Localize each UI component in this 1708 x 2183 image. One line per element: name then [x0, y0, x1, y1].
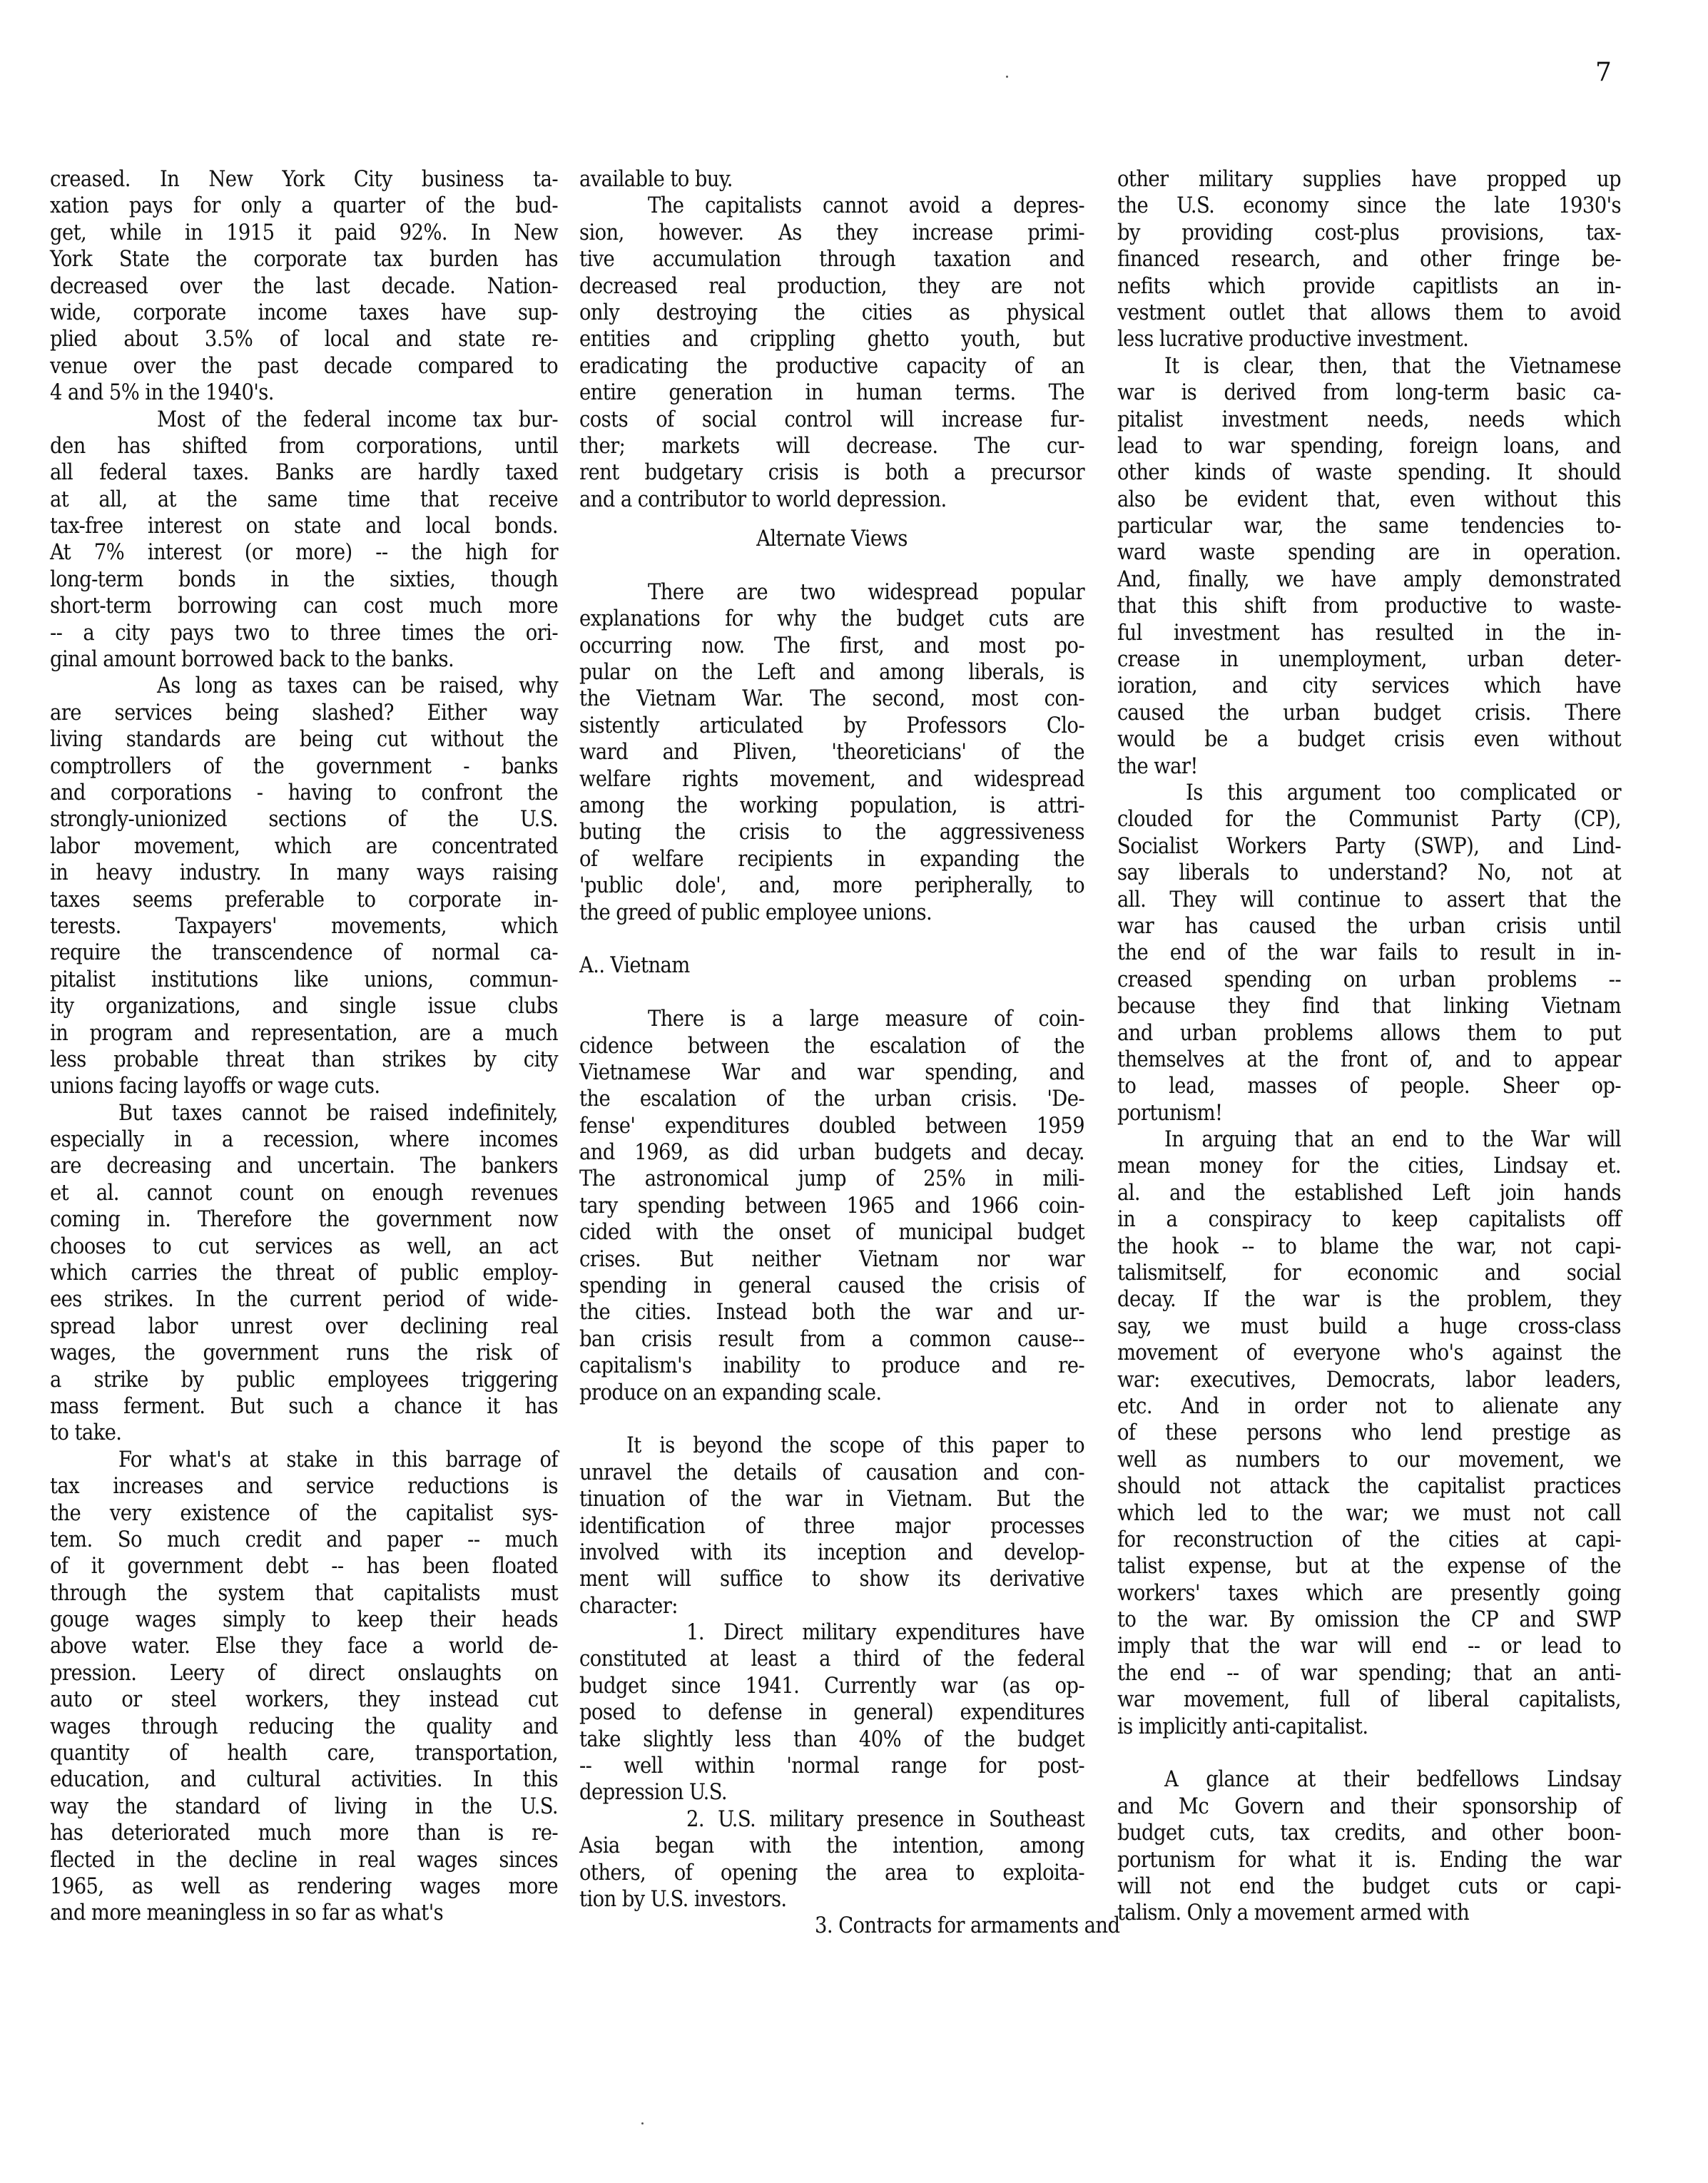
text-line: Most of the federal income tax bur-: [50, 407, 558, 433]
text-line: in a conspiracy to keep capitalists off: [1117, 1206, 1621, 1233]
text-line: tinuation of the war in Vietnam. But the: [579, 1486, 1084, 1512]
text-line: But taxes cannot be raised indefinitely,: [50, 1100, 558, 1126]
text-line: ward and Pliven, 'theoreticians' of the: [579, 739, 1084, 765]
text-line: crease in unemployment, urban deter-: [1117, 646, 1621, 673]
text-line: As long as taxes can be raised, why: [50, 673, 558, 699]
text-line: and urban problems allows them to put: [1117, 1020, 1621, 1047]
text-line: There are two widespread popular: [579, 579, 1084, 606]
text-line: creased spending on urban problems --: [1117, 967, 1621, 993]
text-line: cided with the onset of municipal budget: [579, 1219, 1084, 1246]
text-line: Socialist Workers Party (SWP), and Lind-: [1117, 833, 1621, 860]
text-line: which led to the war; we must not call: [1117, 1500, 1621, 1527]
paragraph: Is this argument too complicated orcloud…: [1117, 780, 1621, 1126]
text-line: and Mc Govern and their sponsorship of: [1117, 1793, 1621, 1820]
text-line: A glance at their bedfellows Lindsay: [1117, 1766, 1621, 1793]
text-line: And, finally, we have amply demonstrated: [1117, 566, 1621, 593]
text-line: York State the corporate tax burden has: [50, 246, 558, 273]
text-line: venue over the past decade compared to: [50, 353, 558, 380]
text-line: war: executives, Democrats, labor leader…: [1117, 1367, 1621, 1393]
text-line: 4 and 5% in the 1940's.: [50, 380, 558, 406]
text-line: require the transcendence of normal ca-: [50, 940, 558, 966]
text-line: rent budgetary crisis is both a precurso…: [579, 459, 1084, 486]
text-line: to lead, masses of people. Sheer op-: [1117, 1073, 1621, 1099]
text-line: xation pays for only a quarter of the bu…: [50, 193, 558, 219]
text-line: wages, the government runs the risk of: [50, 1340, 558, 1366]
spacer: [1117, 1740, 1621, 1766]
text-line: budget cuts, tax credits, and other boon…: [1117, 1820, 1621, 1846]
text-line: entire generation in human terms. The: [579, 380, 1084, 406]
text-line: chooses to cut services as well, an act: [50, 1233, 558, 1260]
text-line: the very existence of the capitalist sys…: [50, 1500, 558, 1527]
text-line: constituted at least a third of the fede…: [579, 1646, 1084, 1672]
text-line: wages through reducing the quality and: [50, 1714, 558, 1740]
list-item: 1. Direct military expenditures havecons…: [579, 1619, 1084, 1806]
text-line: and a contributor to world depression.: [579, 487, 1084, 513]
text-line: budget since 1941. Currently war (as op-: [579, 1673, 1084, 1699]
text-line: entities and crippling ghetto youth, but: [579, 326, 1084, 352]
text-line: clouded for the Communist Party (CP),: [1117, 806, 1621, 833]
text-line: way the standard of living in the U.S.: [50, 1793, 558, 1820]
text-line: above water. Else they face a world de-: [50, 1633, 558, 1659]
text-line: caused the urban budget crisis. There: [1117, 700, 1621, 726]
column-right: other military supplies have propped upt…: [1117, 166, 1621, 1927]
paragraph: A glance at their bedfellows Lindsayand …: [1117, 1766, 1621, 1926]
spacer: [579, 1406, 1084, 1433]
text-line: and 1969, as did urban budgets and decay…: [579, 1139, 1084, 1166]
text-line: labor movement, which are concentrated: [50, 833, 558, 860]
text-line: financed research, and other fringe be-: [1117, 246, 1621, 273]
text-line: the end -- of war spending; that an anti…: [1117, 1660, 1621, 1686]
text-line: also be evident that, even without this: [1117, 487, 1621, 513]
text-line: In arguing that an end to the War will: [1117, 1126, 1621, 1153]
text-line: movement of everyone who's against the: [1117, 1340, 1621, 1366]
text-line: decreased real production, they are not: [579, 273, 1084, 300]
text-line: Asia began with the intention, among: [579, 1833, 1084, 1859]
text-line: tax-free interest on state and local bon…: [50, 513, 558, 539]
text-line: are services being slashed? Either way: [50, 700, 558, 726]
text-line: other kinds of waste spending. It should: [1117, 459, 1621, 486]
text-line: ity organizations, and single issue club…: [50, 993, 558, 1019]
text-line: the greed of public employee unions.: [579, 900, 1084, 926]
text-line: plied about 3.5% of local and state re-: [50, 326, 558, 352]
text-line: occurring now. The first, and most po-: [579, 633, 1084, 659]
text-line: auto or steel workers, they instead cut: [50, 1686, 558, 1713]
spacer: [579, 979, 1084, 1006]
text-line: lead to war spending, foreign loans, and: [1117, 433, 1621, 459]
paragraph: There is a large measure of coin-cidence…: [579, 1006, 1084, 1406]
text-line: particular war, the same tendencies to-: [1117, 513, 1621, 539]
text-line: tax increases and service reductions is: [50, 1473, 558, 1500]
text-line: portunism!: [1117, 1100, 1621, 1126]
text-line: ioration, and city services which have: [1117, 673, 1621, 699]
text-line: -- a city pays two to three times the or…: [50, 620, 558, 646]
text-line: crises. But neither Vietnam nor war: [579, 1246, 1084, 1273]
text-line: available to buy.: [579, 166, 1084, 193]
text-line: through the system that capitalists must: [50, 1580, 558, 1607]
text-line: sistently articulated by Professors Clo-: [579, 713, 1084, 739]
text-line: The astronomical jump of 25% in mili-: [579, 1166, 1084, 1192]
text-line: of these persons who lend prestige as: [1117, 1420, 1621, 1446]
text-line: tive accumulation through taxation and: [579, 246, 1084, 273]
text-line: less lucrative productive investment.: [1117, 326, 1621, 352]
text-line: war has caused the urban crisis until: [1117, 913, 1621, 940]
spacer: [579, 926, 1084, 952]
scan-speck: [1006, 76, 1008, 78]
text-line: etc. And in order not to alienate any: [1117, 1393, 1621, 1420]
text-line: 'public dole', and, more peripherally, t…: [579, 872, 1084, 899]
text-line: has deteriorated much more than is re-: [50, 1820, 558, 1846]
paragraph: available to buy.: [579, 166, 1084, 193]
text-line: There is a large measure of coin-: [579, 1006, 1084, 1032]
text-line: welfare rights movement, and widespread: [579, 766, 1084, 793]
text-line: at all, at the same time that receive: [50, 487, 558, 513]
text-line: short-term borrowing can cost much more: [50, 593, 558, 619]
spacer: [579, 513, 1084, 526]
text-line: ward waste spending are in operation.: [1117, 539, 1621, 566]
text-line: pitalist institutions like unions, commu…: [50, 967, 558, 993]
text-line: tem. So much credit and paper -- much: [50, 1527, 558, 1553]
list-item: 2. U.S. military presence in SoutheastAs…: [579, 1806, 1084, 1913]
text-line: by providing cost-plus provisions, tax-: [1117, 220, 1621, 246]
text-line: war is derived from long-term basic ca-: [1117, 380, 1621, 406]
text-line: produce on an expanding scale.: [579, 1380, 1084, 1406]
text-line: talism. Only a movement armed with: [1117, 1900, 1621, 1926]
text-line: mean money for the cities, Lindsay et.: [1117, 1153, 1621, 1179]
text-line: for reconstruction of the cities at capi…: [1117, 1527, 1621, 1553]
text-line: It is beyond the scope of this paper to: [579, 1433, 1084, 1459]
text-line: other military supplies have propped up: [1117, 166, 1621, 193]
paragraph: creased. In New York City business ta-xa…: [50, 166, 558, 407]
text-line: ginal amount borrowed back to the banks.: [50, 646, 558, 673]
text-line: cidence between the escalation of the: [579, 1033, 1084, 1059]
text-line: tion by U.S. investors.: [579, 1886, 1084, 1913]
text-line: flected in the decline in real wages sin…: [50, 1847, 558, 1873]
text-line: unions facing layoffs or wage cuts.: [50, 1073, 558, 1099]
text-line: the war!: [1117, 753, 1621, 780]
column-middle: available to buy. The capitalists cannot…: [579, 166, 1084, 1940]
paragraph: The capitalists cannot avoid a depres-si…: [579, 193, 1084, 513]
text-line: ther; markets will decrease. The cur-: [579, 433, 1084, 459]
text-line: et al. cannot count on enough revenues: [50, 1180, 558, 1206]
paragraph: It is beyond the scope of this paper tou…: [579, 1433, 1084, 1619]
text-line: eradicating the productive capacity of a…: [579, 353, 1084, 380]
text-line: buting the crisis to the aggressiveness: [579, 819, 1084, 845]
text-line: others, of opening the area to exploita-: [579, 1860, 1084, 1886]
text-line: only destroying the cities as physical: [579, 300, 1084, 326]
text-line: quantity of health care, transportation,: [50, 1740, 558, 1766]
text-line: the escalation of the urban crisis. 'De-: [579, 1086, 1084, 1112]
text-line: the cities. Instead both the war and ur-: [579, 1299, 1084, 1325]
text-line: pular on the Left and among liberals, is: [579, 659, 1084, 686]
text-line: strongly-unionized sections of the U.S.: [50, 806, 558, 833]
text-line: tary spending between 1965 and 1966 coin…: [579, 1193, 1084, 1219]
text-line: the end of the war fails to result in in…: [1117, 940, 1621, 966]
text-line: the hook -- to blame the war, not capi-: [1117, 1233, 1621, 1260]
text-line: sion, however. As they increase primi-: [579, 220, 1084, 246]
column-left: creased. In New York City business ta-xa…: [50, 166, 558, 1927]
text-line: in heavy industry. In many ways raising: [50, 860, 558, 886]
text-line: workers' taxes which are presently going: [1117, 1580, 1621, 1607]
text-line: which carries the threat of public emplo…: [50, 1260, 558, 1286]
text-line: talist expense, but at the expense of th…: [1117, 1553, 1621, 1579]
text-line: character:: [579, 1593, 1084, 1619]
text-line: the U.S. economy since the late 1930's: [1117, 193, 1621, 219]
text-line: war movement, full of liberal capitalist…: [1117, 1686, 1621, 1713]
text-line: nefits which provide capitlists an in-: [1117, 273, 1621, 300]
text-line: pitalist investment needs, needs which: [1117, 407, 1621, 433]
text-line: al. and the established Left join hands: [1117, 1180, 1621, 1206]
text-line: to take.: [50, 1420, 558, 1446]
scan-speck: [641, 2122, 644, 2125]
text-line: creased. In New York City business ta-: [50, 166, 558, 193]
text-line: are decreasing and uncertain. The banker…: [50, 1153, 558, 1179]
text-line: all. They will continue to assert that t…: [1117, 887, 1621, 913]
text-line: portunism for what it is. Ending the war: [1117, 1847, 1621, 1873]
spacer: [579, 552, 1084, 579]
text-line: The capitalists cannot avoid a depres-: [579, 193, 1084, 219]
text-line: depression U.S.: [579, 1779, 1084, 1806]
text-line: because they find that linking Vietnam: [1117, 993, 1621, 1019]
text-line: ful investment has resulted in the in-: [1117, 620, 1621, 646]
text-line: living standards are being cut without t…: [50, 726, 558, 753]
page-number: 7: [1595, 58, 1612, 87]
text-line: -- well within 'normal range for post-: [579, 1753, 1084, 1779]
text-line: in program and representation, are a muc…: [50, 1020, 558, 1047]
paragraph: other military supplies have propped upt…: [1117, 166, 1621, 353]
text-line: less probable threat than strikes by cit…: [50, 1047, 558, 1073]
text-line: taxes seems preferable to corporate in-: [50, 887, 558, 913]
text-line: Vietnamese War and war spending, and: [579, 1059, 1084, 1086]
text-line: is implicitly anti-capitalist.: [1117, 1714, 1621, 1740]
text-line: of it government debt -- has been floate…: [50, 1553, 558, 1579]
text-line: should not attack the capitalist practic…: [1117, 1473, 1621, 1500]
text-line: will not end the budget cuts or capi-: [1117, 1873, 1621, 1900]
text-line: mass ferment. But such a chance it has: [50, 1393, 558, 1420]
text-line: would be a budget crisis even without: [1117, 726, 1621, 753]
text-line: say liberals to understand? No, not at: [1117, 860, 1621, 886]
text-line: terests. Taxpayers' movements, which: [50, 913, 558, 940]
text-line: 3. Contracts for armaments and: [579, 1913, 1084, 1939]
paragraph: But taxes cannot be raised indefinitely,…: [50, 1100, 558, 1447]
text-line: pression. Leery of direct onslaughts on: [50, 1660, 558, 1686]
text-line: education, and cultural activities. In t…: [50, 1766, 558, 1793]
text-line: fense' expenditures doubled between 1959: [579, 1113, 1084, 1139]
text-line: 1965, as well as rendering wages more: [50, 1873, 558, 1900]
text-line: themselves at the front of, and to appea…: [1117, 1047, 1621, 1073]
text-line: explanations for why the budget cuts are: [579, 606, 1084, 632]
text-line: 1. Direct military expenditures have: [579, 1619, 1084, 1646]
paragraph: Most of the federal income tax bur-den h…: [50, 407, 558, 673]
section-heading-alternate-views: Alternate Views: [579, 526, 1084, 552]
text-line: especially in a recession, where incomes: [50, 1126, 558, 1153]
text-line: posed to defense in general) expenditure…: [579, 1699, 1084, 1726]
paragraph: It is clear, then, that the Vietnamesewa…: [1117, 353, 1621, 780]
text-line: all federal taxes. Banks are hardly taxe…: [50, 459, 558, 486]
paragraph: For what's at stake in this barrage ofta…: [50, 1447, 558, 1927]
text-line: capitalism's inability to produce and re…: [579, 1353, 1084, 1379]
text-line: imply that the war will end -- or lead t…: [1117, 1633, 1621, 1659]
text-line: spread labor unrest over declining real: [50, 1313, 558, 1340]
text-line: get, while in 1915 it paid 92%. In New: [50, 220, 558, 246]
text-line: ban crisis result from a common cause--: [579, 1326, 1084, 1353]
text-line: ment will suffice to show its derivative: [579, 1566, 1084, 1592]
section-heading-vietnam: A.. Vietnam: [579, 952, 1084, 979]
text-line: that this shift from productive to waste…: [1117, 593, 1621, 619]
text-line: costs of social control will increase fu…: [579, 407, 1084, 433]
text-line: den has shifted from corporations, until: [50, 433, 558, 459]
text-line: spending in general caused the crisis of: [579, 1273, 1084, 1299]
text-line: identification of three major processes: [579, 1513, 1084, 1540]
text-line: Is this argument too complicated or: [1117, 780, 1621, 806]
list-item: 3. Contracts for armaments and: [579, 1913, 1084, 1939]
text-line: gouge wages simply to keep their heads: [50, 1607, 558, 1633]
text-line: talismitself, for economic and social: [1117, 1260, 1621, 1286]
text-line: say, we must build a huge cross-class: [1117, 1313, 1621, 1340]
text-line: decreased over the last decade. Nation-: [50, 273, 558, 300]
text-line: to the war. By omission the CP and SWP: [1117, 1607, 1621, 1633]
paragraph: There are two widespread popularexplanat…: [579, 579, 1084, 926]
text-line: a strike by public employees triggering: [50, 1367, 558, 1393]
text-line: long-term bonds in the sixties, though: [50, 566, 558, 593]
text-line: and corporations - having to confront th…: [50, 780, 558, 806]
text-line: well as numbers to our movement, we: [1117, 1447, 1621, 1473]
text-line: of welfare recipients in expanding the: [579, 846, 1084, 872]
paragraph: As long as taxes can be raised, whyare s…: [50, 673, 558, 1099]
text-line: decay. If the war is the problem, they: [1117, 1286, 1621, 1313]
text-line: 2. U.S. military presence in Southeast: [579, 1806, 1084, 1833]
text-line: the Vietnam War. The second, most con-: [579, 686, 1084, 712]
text-line: involved with its inception and develop-: [579, 1540, 1084, 1566]
text-line: take slightly less than 40% of the budge…: [579, 1726, 1084, 1753]
paragraph: In arguing that an end to the War willme…: [1117, 1126, 1621, 1740]
text-line: It is clear, then, that the Vietnamese: [1117, 353, 1621, 380]
text-line: comptrollers of the government - banks: [50, 753, 558, 780]
text-line: unravel the details of causation and con…: [579, 1460, 1084, 1486]
text-line: vestment outlet that allows them to avoi…: [1117, 300, 1621, 326]
text-line: ees strikes. In the current period of wi…: [50, 1286, 558, 1313]
text-line: and more meaningless in so far as what's: [50, 1900, 558, 1926]
text-line: For what's at stake in this barrage of: [50, 1447, 558, 1473]
text-line: At 7% interest (or more) -- the high for: [50, 539, 558, 566]
text-line: wide, corporate income taxes have sup-: [50, 300, 558, 326]
text-line: coming in. Therefore the government now: [50, 1206, 558, 1233]
text-line: among the working population, is attri-: [579, 793, 1084, 819]
